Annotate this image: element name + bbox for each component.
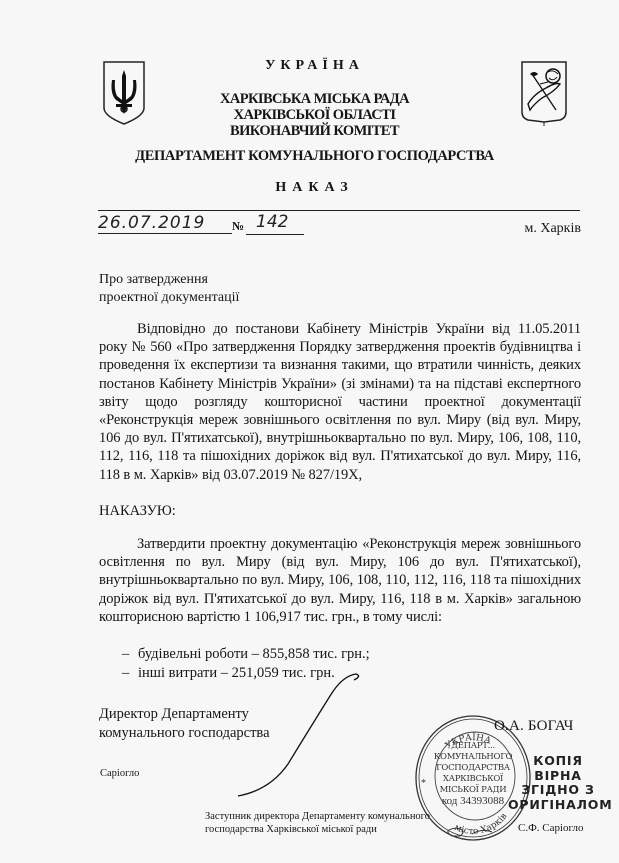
svg-text:*: * bbox=[421, 778, 426, 789]
order-date: 26.07.2019 bbox=[98, 213, 232, 233]
subject-line-2: проектної документації bbox=[99, 289, 239, 307]
document-type-heading: НАКАЗ bbox=[0, 180, 619, 196]
department-heading: ДЕПАРТАМЕНТ КОМУНАЛЬНОГО ГОСПОДАРСТВА bbox=[0, 148, 619, 165]
council-heading: ХАРКІВСЬКА МІСЬКА РАДА ХАРКІВСЬКОЇ ОБЛАС… bbox=[0, 91, 619, 139]
svg-text:місто Харків: місто Харків bbox=[453, 812, 510, 837]
number-underline bbox=[246, 234, 304, 235]
header-divider bbox=[98, 210, 580, 211]
country-heading: УКРАЇНА bbox=[0, 58, 619, 74]
preamble-paragraph: Відповідно до постанови Кабінету Міністр… bbox=[99, 320, 581, 484]
deputy-name: С.Ф. Саріогло bbox=[518, 822, 584, 834]
council-line-2: ХАРКІВСЬКОЇ ОБЛАСТІ bbox=[10, 107, 619, 123]
certified-copy-stamp: КОПІЯ ВІРНА ЗГІДНО З ОРИГІНАЛОМ bbox=[508, 754, 608, 812]
list-item: –будівельні роботи – 855,858 тис. грн.; bbox=[122, 645, 370, 664]
order-city: м. Харків bbox=[525, 221, 582, 237]
council-line-1: ХАРКІВСЬКА МІСЬКА РАДА bbox=[10, 91, 619, 107]
order-number: 142 bbox=[256, 212, 306, 232]
date-underline bbox=[98, 233, 232, 234]
council-line-3: ВИКОНАВЧИЙ КОМІТЕТ bbox=[10, 123, 619, 139]
decision-text: Затвердити проектну документацію «Реконс… bbox=[99, 536, 581, 625]
subject-line-1: Про затвердження bbox=[99, 271, 239, 289]
number-sign: № bbox=[232, 219, 244, 234]
stamp-code: код 34393088 bbox=[430, 795, 516, 807]
executor-name: Саріогло bbox=[100, 768, 139, 779]
deputy-title: Заступник директора Департаменту комунал… bbox=[205, 811, 430, 836]
stamp-center-text: ДЕПАРТ... КОМУНАЛЬНОГО ГОСПОДАРСТВА ХАРК… bbox=[430, 741, 516, 796]
director-name: О.А. БОГАЧ bbox=[494, 718, 574, 735]
decision-paragraph: Затвердити проектну документацію «Реконс… bbox=[99, 535, 581, 626]
preamble-text: Відповідно до постанови Кабінету Міністр… bbox=[99, 321, 581, 483]
order-subject: Про затвердження проектної документації bbox=[99, 271, 239, 307]
order-word: НАКАЗУЮ: bbox=[99, 503, 176, 520]
